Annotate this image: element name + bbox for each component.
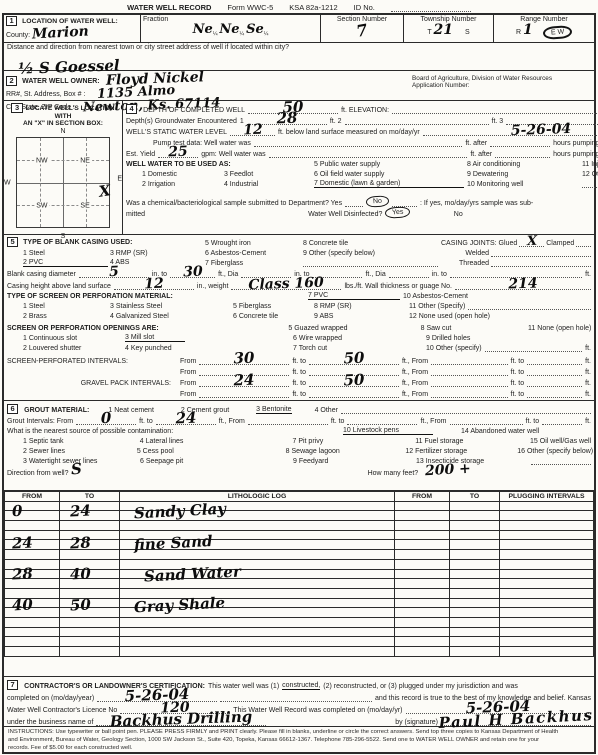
- casing-option-1: 1 Steel: [23, 250, 108, 257]
- section-4-number: 4: [126, 104, 137, 114]
- township-s: S: [465, 29, 470, 36]
- grout-to2-blank: [347, 417, 417, 425]
- grout-ft-end: ft.: [585, 418, 591, 425]
- weight-unit: lbs./ft. Wall thickness or guage No.: [344, 283, 452, 290]
- pump-hours-blank: [490, 139, 550, 147]
- gravel2-ft-to-2: ft. to: [511, 391, 525, 398]
- lith-log-header: LITHOLOGIC LOG: [120, 492, 395, 502]
- quadrant-sw-label: SW: [34, 202, 49, 209]
- use-col1-row1: 1 Domestic 3 Feedlot: [126, 171, 311, 178]
- threaded-label: Threaded: [459, 260, 489, 267]
- well-location-x-mark: X: [98, 184, 112, 200]
- gravel-to-blank: 50: [309, 379, 399, 387]
- gravel-ft-from: ft., From: [402, 380, 428, 387]
- application-number-label: Application Number:: [412, 82, 592, 89]
- gravel-to2-blank: [527, 379, 582, 387]
- use-option-8: 8 Air conditioning: [467, 161, 579, 168]
- elevation-label: ft. ELEVATION:: [341, 107, 389, 114]
- perf2-ft-end: ft.: [585, 369, 591, 376]
- cert-dots-blank: [220, 694, 372, 702]
- direction-value: S: [71, 462, 83, 478]
- screen-option-10: 10 Asbestos-Cement: [403, 293, 591, 300]
- static-level-line: WELL'S STATIC WATER LEVEL 12 ft. below l…: [123, 125, 598, 136]
- lith-row: [5, 627, 594, 637]
- perf-intervals-label: SCREEN-PERFORATED INTERVALS:: [7, 358, 177, 365]
- casing-height-label: Casing height above land surface: [7, 283, 111, 290]
- section-5-casing: 5 TYPE OF BLANK CASING USED: 5 Wrought i…: [4, 235, 594, 401]
- static-level-blank: 12: [230, 128, 275, 136]
- section-6-grout: 6 GROUT MATERIAL: 1 Neat cement 2 Cement…: [4, 401, 594, 491]
- openings-option-2: 2 Louvered shutter: [7, 345, 122, 352]
- weight-label: in., weight: [197, 283, 229, 290]
- contamination-row-0: What is the nearest source of possible c…: [4, 425, 594, 435]
- feet-value: 200 +: [425, 462, 471, 478]
- quarter-mark-1: ¼: [213, 31, 218, 37]
- contamination-14: 14 Abandoned water well: [461, 428, 591, 435]
- form-ksa-number: KSA 82a-1212: [289, 3, 337, 12]
- perf2-ft-to: ft. to: [292, 369, 306, 376]
- grout-to-value: 24: [175, 411, 196, 427]
- use-option-5: 5 Public water supply: [314, 161, 464, 168]
- cert-line-4: under the business name of Backhus Drill…: [4, 714, 594, 726]
- compass-west-label: W: [4, 180, 11, 187]
- fraction-line: Ne¼ Ne¼ Se¼: [143, 23, 318, 37]
- use-option-7-selected: 7 Domestic (lawn & garden): [314, 180, 464, 189]
- grout-from2-blank: [248, 417, 328, 425]
- contamination-15: 15 Oil well/Gas well: [530, 438, 591, 445]
- licence-label: Water Well Contractor's Licence No: [7, 707, 117, 714]
- openings-other-ft: ft.: [585, 345, 591, 352]
- perf-ft-end: ft.: [585, 358, 591, 365]
- perf-ft-to: ft. to: [292, 358, 306, 365]
- sample-tail: : If yes, mo/day/yrs sample was sub-: [420, 200, 533, 207]
- openings-option-4: 4 Key punched: [125, 345, 290, 352]
- lith-entry-3: 28 40 Sand Water: [4, 567, 594, 589]
- contamination-4: 4 Lateral lines: [140, 438, 290, 445]
- lith-1-to: 24: [70, 503, 92, 519]
- gravel-ft-to: ft. to: [292, 380, 306, 387]
- lith-1-desc: Sandy Clay: [134, 502, 227, 522]
- guage-value: 214: [508, 276, 538, 291]
- cert-body-2: (2) reconstructed, or (3) plugged under …: [323, 683, 518, 690]
- use-label: WELL WATER TO BE USED AS:: [126, 161, 311, 168]
- casing-other-blank: [303, 259, 438, 267]
- sample-yes-blank: [345, 199, 363, 207]
- casing-title-wrap: 5 TYPE OF BLANK CASING USED:: [7, 237, 202, 247]
- depth-line: 4 DEPTH OF COMPLETED WELL 50 ft. ELEVATI…: [123, 103, 598, 114]
- range-value: 1: [523, 22, 533, 38]
- casing-option-6: 6 Asbestos-Cement: [205, 250, 300, 257]
- diameter-ft-dia-2: ft., Dia: [365, 271, 385, 278]
- plug-to-header: TO: [450, 492, 500, 502]
- use-col1-row2: 2 Irrigation 4 Industrial: [126, 181, 311, 188]
- gravel-from-blank: 24: [199, 379, 289, 387]
- casing-option-8: 8 Concrete tile: [303, 240, 438, 247]
- depth-label: DEPTH OF COMPLETED WELL: [143, 107, 245, 114]
- perf-intervals-line-2: From ft. to ft., From ft. to ft.: [4, 365, 594, 376]
- perf-from-blank: 30: [199, 357, 289, 365]
- sample-question: Was a chemical/bacteriological sample su…: [126, 200, 342, 207]
- grout-ft-from: ft., From: [219, 418, 245, 425]
- contamination-question: What is the nearest source of possible c…: [7, 428, 340, 435]
- township-value: 21: [434, 22, 453, 38]
- section-1-location: 1 LOCATION OF WATER WELL: County: Marion…: [4, 15, 594, 43]
- welded-label: Welded: [465, 250, 489, 257]
- owner-address-label: RR#, St. Address, Box # :: [6, 91, 85, 98]
- grout-ft-to: ft. to: [139, 418, 153, 425]
- casing-col1-row2: 2 PVC 4 ABS: [7, 259, 202, 268]
- contamination-11: 11 Fuel storage: [415, 438, 527, 445]
- cert-line-1: 7 CONTRACTOR'S OR LANDOWNER'S CERTIFICAT…: [4, 679, 594, 690]
- disinfected-label: Water Well Disinfected?: [308, 211, 382, 218]
- clamped-blank: [576, 239, 591, 247]
- section-7-certification: 7 CONTRACTOR'S OR LANDOWNER'S CERTIFICAT…: [4, 677, 594, 727]
- perf-ft-from: ft., From: [402, 358, 428, 365]
- lith-entry-1: 0 24 Sandy Clay: [4, 504, 594, 526]
- pump-after: ft. after: [465, 140, 487, 147]
- range-line: R 1 E W: [496, 23, 592, 39]
- welded-line: Welded: [441, 249, 591, 257]
- lith-row: [5, 637, 594, 647]
- form-title: WATER WELL RECORD: [127, 3, 211, 12]
- screen-option-5: 5 Fiberglass: [233, 303, 311, 310]
- contamination-row-3: 3 Watertight sewer lines 6 Seepage pit 9…: [4, 455, 594, 465]
- sample-no-circled: No: [366, 195, 390, 208]
- square-center-horizontal: [17, 183, 109, 184]
- static-level-value: 12: [243, 123, 263, 138]
- contamination-6: 6 Seepage pit: [140, 458, 290, 465]
- square-dashed-h1: [17, 160, 109, 161]
- yield-water-blank: [269, 150, 468, 158]
- form-number: Form WWC-5: [227, 3, 273, 12]
- diameter-to-blank: 30: [170, 270, 215, 278]
- welded-blank: [491, 249, 591, 257]
- gravel-ft-to-2: ft. to: [511, 380, 525, 387]
- screen-option-12: 12 None used (open hole): [409, 313, 591, 320]
- grout-from-value: 0: [101, 411, 112, 426]
- contamination-row-2: 2 Sewer lines 5 Cess pool 8 Sewage lagoo…: [4, 445, 594, 455]
- lith-3-to: 40: [70, 566, 92, 582]
- compass-south-label: S: [61, 233, 66, 240]
- board-of-agriculture-text: Board of Agriculture, Division of Water …: [412, 75, 592, 82]
- lithologic-log-section: FROM TO LITHOLOGIC LOG FROM TO PLUGGING …: [4, 491, 594, 677]
- casing-height-line: Casing height above land surface 12 in.,…: [4, 278, 594, 290]
- use-option-9: 9 Dewatering: [467, 171, 579, 178]
- lith-entry-2: 24 28 fine Sand: [4, 536, 594, 558]
- perf2-to2-blank: [527, 368, 582, 376]
- section-2-owner: 2 WATER WELL OWNER: Floyd Nickel RR#, St…: [4, 71, 594, 101]
- contamination-10-selected: 10 Livestock pens: [343, 427, 433, 436]
- perf-from-label: From: [180, 358, 196, 365]
- square-dashed-v1: [40, 138, 41, 227]
- use-option-11: 11 Injection well: [582, 161, 598, 168]
- direction-label: Direction from well?: [7, 470, 68, 477]
- range-east-west-circled: E W: [542, 25, 572, 40]
- section-3-locate: 3LOCATE WELL'S LOCATION WITH AN "X" IN S…: [4, 101, 123, 234]
- screen-option-2: 2 Brass: [7, 313, 107, 320]
- county-label: County:: [6, 32, 30, 39]
- lith-to-header: TO: [60, 492, 120, 502]
- business-name-blank: Backhus Drilling: [96, 718, 266, 726]
- gravel2-from-label: From: [180, 391, 196, 398]
- casing-joints-label: CASING JOINTS: Glued: [441, 240, 517, 247]
- openings-option-6: 6 Wire wrapped: [293, 335, 423, 342]
- gravel2-to2-blank: [527, 390, 582, 398]
- height-blank: 12: [114, 282, 194, 290]
- use-option-3: 3 Feedlot: [224, 171, 253, 178]
- sample-line-2: mitted Water Well Disinfected? Yes No: [123, 207, 598, 218]
- screen-option-4: 4 Galvanized Steel: [110, 313, 230, 320]
- signature-blank: Paul H Backhus: [441, 718, 591, 726]
- diameter-blank: 5: [79, 270, 149, 278]
- lith-2-desc: fine Sand: [134, 534, 213, 553]
- lith-entry-4: 40 50 Gray Shale: [4, 598, 594, 620]
- gravel2-from-blank: [199, 390, 289, 398]
- grout-ft-to-3: ft. to: [526, 418, 540, 425]
- contamination-8: 8 Sewage lagoon: [286, 448, 403, 455]
- openings-row-0: SCREEN OR PERFORATION OPENINGS ARE: 5 Gu…: [4, 322, 594, 332]
- cert-completed-blank: 5-26-04: [97, 694, 217, 702]
- weight-blank: Class 160: [231, 282, 341, 290]
- square-dashed-v2: [86, 138, 87, 227]
- square-dashed-h2: [17, 205, 109, 206]
- section-6-number: 6: [7, 404, 18, 414]
- use-option-12: 12 Other (Specify below): [582, 171, 598, 178]
- yield-mid: gpm: Well water was: [201, 151, 265, 158]
- fraction-cell: Fraction Ne¼ Ne¼ Se¼: [141, 15, 321, 42]
- gravel-label: GRAVEL PACK INTERVALS:: [7, 380, 177, 387]
- screen-option-11: 11 Other (Specify): [409, 303, 465, 310]
- static-date-blank: 5-26-04: [423, 128, 598, 136]
- section-5-number: 5: [7, 237, 18, 247]
- screen-option-8: 8 RMP (SR): [314, 303, 406, 310]
- instructions-block: INSTRUCTIONS: Use typewriter or ball poi…: [4, 727, 594, 754]
- threaded-line: Threaded: [441, 259, 591, 267]
- use-row-1: 1 Domestic 3 Feedlot 6 Oil field water s…: [123, 168, 598, 178]
- grout-from-blank: 0: [76, 417, 136, 425]
- openings-row-2: 2 Louvered shutter 4 Key punched 7 Torch…: [4, 342, 594, 352]
- gravel-from2-blank: [431, 379, 508, 387]
- groundwater-ft3: ft. 3: [492, 118, 504, 125]
- use-row-0: WELL WATER TO BE USED AS: 5 Public water…: [123, 158, 598, 168]
- lith-header-row: FROM TO LITHOLOGIC LOG FROM TO PLUGGING …: [5, 492, 594, 502]
- perf-to-value: 50: [343, 351, 364, 367]
- openings-label: SCREEN OR PERFORATION OPENINGS ARE:: [7, 325, 285, 332]
- direction-row: Direction from well? S How many feet? 20…: [4, 465, 594, 477]
- gravel2-ft-from: ft., From: [402, 391, 428, 398]
- gravel-from-label: From: [180, 380, 196, 387]
- quadrant-ne-label: NE: [78, 158, 92, 165]
- contamination-2: 2 Sewer lines: [7, 448, 134, 455]
- water-well-record-form: WATER WELL RECORD Form WWC-5 KSA 82a-121…: [0, 0, 598, 755]
- perf2-ft-from: ft., From: [402, 369, 428, 376]
- use-row-2: 2 Irrigation 4 Industrial 7 Domestic (la…: [123, 178, 598, 188]
- perf-to-blank: 50: [309, 357, 399, 365]
- contamination-1: 1 Septic tank: [7, 438, 137, 445]
- height-value: 12: [144, 277, 164, 292]
- sample-line-1: Was a chemical/bacteriological sample su…: [123, 196, 598, 207]
- openings-option-1: 1 Continuous slot: [7, 335, 122, 342]
- grout-to3-blank: [542, 417, 582, 425]
- distance-row: Distance and direction from nearest town…: [4, 43, 594, 71]
- section-3-title-line: 3LOCATE WELL'S LOCATION WITH: [4, 103, 122, 120]
- static-level-mid: ft. below land surface measured on mo/da…: [278, 129, 420, 136]
- openings-option-11: 11 None (open hole): [528, 325, 591, 332]
- casing-joints-line: CASING JOINTS: Glued X Clamped: [441, 239, 591, 247]
- section-2-number: 2: [6, 76, 17, 86]
- compass-north-label: N: [60, 128, 65, 135]
- casing-option-3: 3 RMP (SR): [110, 250, 148, 257]
- gravel-ft-end: ft.: [585, 380, 591, 387]
- section-3-number: 3: [11, 103, 22, 113]
- sample-tail-2: mitted: [126, 211, 145, 218]
- contamination-row-1: 1 Septic tank 4 Lateral lines 7 Pit priv…: [4, 435, 594, 445]
- county-value: Marion: [32, 25, 89, 42]
- quadrant-se-label: SE: [78, 202, 91, 209]
- screen-option-6: 6 Concrete tile: [233, 313, 311, 320]
- lith-row: [5, 647, 594, 657]
- grout-option-4: 4 Other: [315, 407, 338, 414]
- grout-option-1: 1 Neat cement: [108, 407, 154, 414]
- grout-to-blank: 24: [156, 417, 216, 425]
- groundwater-1-value: 28: [276, 111, 297, 127]
- section-1-number: 1: [6, 16, 17, 26]
- gravel2-to-blank: [309, 390, 399, 398]
- lith-row: [5, 588, 594, 598]
- fraction-q2: Ne: [219, 22, 239, 37]
- lith-3-desc: Sand Water: [144, 564, 241, 584]
- grout-option-3-selected: 3 Bentonite: [256, 406, 291, 415]
- signature-label: by (signature): [395, 719, 438, 726]
- openings-row-1: 1 Continuous slot 3 Mill slot 6 Wire wra…: [4, 332, 594, 342]
- yield-pumping: hours pumping: [553, 151, 598, 158]
- lith-4-desc: Gray Shale: [134, 596, 226, 616]
- form-body: 1 LOCATION OF WATER WELL: County: Marion…: [2, 13, 596, 754]
- perf-from2-blank: [431, 357, 508, 365]
- use-option-1: 1 Domestic: [142, 171, 222, 178]
- static-level-label: WELL'S STATIC WATER LEVEL: [126, 129, 227, 136]
- lith-1-from: 0: [12, 504, 23, 520]
- gravel-from-value: 24: [234, 373, 255, 389]
- section-3-4-row: 3LOCATE WELL'S LOCATION WITH AN "X" IN S…: [4, 101, 594, 235]
- dia3-blank: [389, 270, 429, 278]
- sample-no-blank: [392, 199, 417, 207]
- perf2-ft-to-2: ft. to: [511, 369, 525, 376]
- fraction-q3: Se: [246, 22, 264, 37]
- screen-material-row-2: 2 Brass 4 Galvanized Steel 6 Concrete ti…: [4, 310, 594, 320]
- perf2-from2-blank: [431, 368, 508, 376]
- fraction-q1: Ne: [193, 22, 213, 37]
- range-label: Range Number: [496, 16, 592, 23]
- instructions-line-2: and Environment, Bureau of Water, Geolog…: [8, 737, 590, 745]
- county-cell: 1 LOCATION OF WATER WELL: County: Marion: [4, 15, 141, 42]
- quarter-mark-2: ¼: [240, 31, 245, 37]
- contamination-other-blank: [531, 457, 591, 465]
- section-square: NW NE SW SE X: [16, 137, 110, 228]
- instructions-line-3: records. Fee of $5.00 for each construct…: [8, 745, 590, 753]
- lith-3-from: 28: [12, 566, 34, 582]
- contamination-5: 5 Cess pool: [137, 448, 283, 455]
- groundwater-label: Depth(s) Groundwater Encountered: [126, 118, 237, 125]
- yield-blank: 25: [158, 150, 198, 158]
- disinfected-yes-circled: Yes: [385, 206, 411, 219]
- cert-completed-label: completed on (mo/day/year): [7, 695, 94, 702]
- screen-material-row-1: 1 Steel 3 Stainless Steel 5 Fiberglass 8…: [4, 300, 594, 310]
- township-line: T 21 S: [406, 23, 491, 37]
- openings-option-9: 9 Drilled holes: [426, 335, 591, 342]
- cert-constructed-selected: constructed,: [282, 682, 320, 691]
- section-compass-box: N S W E NW NE SW SE X: [4, 128, 122, 238]
- diameter-ft-dia-1: ft., Dia: [218, 271, 238, 278]
- contamination-9: 9 Feedyard: [293, 458, 413, 465]
- disinfected-no: No: [454, 211, 463, 218]
- casing-option-5: 5 Wrought iron: [205, 240, 300, 247]
- use-option-10: 10 Monitoring well: [467, 181, 579, 188]
- threaded-blank: [491, 259, 591, 267]
- township-t: T: [427, 29, 431, 36]
- feet-label: How many feet?: [368, 470, 419, 477]
- casing-row-2: 2 PVC 4 ABS 7 Fiberglass Threaded: [4, 257, 594, 267]
- business-name-label: under the business name of: [7, 719, 93, 726]
- cert-body-1: This water well was (1): [208, 683, 279, 690]
- county-line: County: Marion: [6, 26, 138, 40]
- casing-option-2-selected: 2 PVC: [23, 259, 108, 268]
- grout-from3-blank: [450, 417, 523, 425]
- lith-2-to: 28: [70, 535, 92, 551]
- owner-right: Board of Agriculture, Division of Water …: [412, 71, 594, 100]
- owner-left: 2 WATER WELL OWNER: Floyd Nickel RR#, St…: [4, 71, 412, 100]
- grout-other-blank: [341, 406, 591, 414]
- lith-4-from: 40: [12, 597, 34, 613]
- yield-after: ft. after: [470, 151, 492, 158]
- weight-value: Class 160: [249, 276, 325, 293]
- pump-water-blank: [254, 139, 462, 147]
- yield-hours-blank: [495, 150, 550, 158]
- section-5-title: TYPE OF BLANK CASING USED:: [23, 239, 132, 246]
- lith-2-from: 24: [12, 535, 34, 551]
- use-other-blank: [582, 180, 598, 188]
- use-option-6: 6 Oil field water supply: [314, 171, 464, 178]
- contamination-7: 7 Pit privy: [292, 438, 412, 445]
- perf-intervals-line-1: SCREEN-PERFORATED INTERVALS: From 30 ft.…: [4, 354, 594, 365]
- instructions-line-1: INSTRUCTIONS: Use typewriter or ball poi…: [8, 729, 590, 737]
- diameter-to-value: 30: [183, 265, 203, 280]
- grout-intervals-line: Grout Intervals: From 0 ft. to 24 ft., F…: [4, 414, 594, 425]
- section-3-title-1: LOCATE WELL'S LOCATION WITH: [26, 105, 115, 120]
- yield-value: 25: [168, 145, 188, 160]
- lith-from-header: FROM: [5, 492, 60, 502]
- record-completed-label: This Water Well Record was completed on …: [233, 707, 402, 714]
- section-2-title: WATER WELL OWNER:: [22, 78, 100, 85]
- clamped-label: Clamped: [546, 240, 574, 247]
- gravel2-ft-end: ft.: [585, 391, 591, 398]
- section-6-title: GROUT MATERIAL:: [24, 407, 89, 414]
- grout-ft-from-2: ft., From: [420, 418, 446, 425]
- perf2-from-label: From: [180, 369, 196, 376]
- casing-row-0: 5 TYPE OF BLANK CASING USED: 5 Wrought i…: [4, 237, 594, 247]
- grout-ft-to-2: ft. to: [331, 418, 345, 425]
- section-7-number: 7: [7, 680, 18, 690]
- gravel-intervals-line-2: From ft. to ft., From ft. to ft.: [4, 387, 594, 398]
- township-cell: Township Number T 21 S: [404, 15, 494, 42]
- section-number-cell: Section Number 7: [321, 15, 404, 42]
- screen-material-title: TYPE OF SCREEN OR PERFORATION MATERIAL:: [7, 293, 305, 300]
- quadrant-nw-label: NW: [34, 158, 50, 165]
- screen-option-9: 9 ABS: [314, 313, 406, 320]
- quarter-mark-3: ¼: [264, 31, 269, 37]
- casing-col1-row1: 1 Steel 3 RMP (SR): [7, 250, 202, 257]
- section-4-well-data: 4 DEPTH OF COMPLETED WELL 50 ft. ELEVATI…: [123, 101, 598, 234]
